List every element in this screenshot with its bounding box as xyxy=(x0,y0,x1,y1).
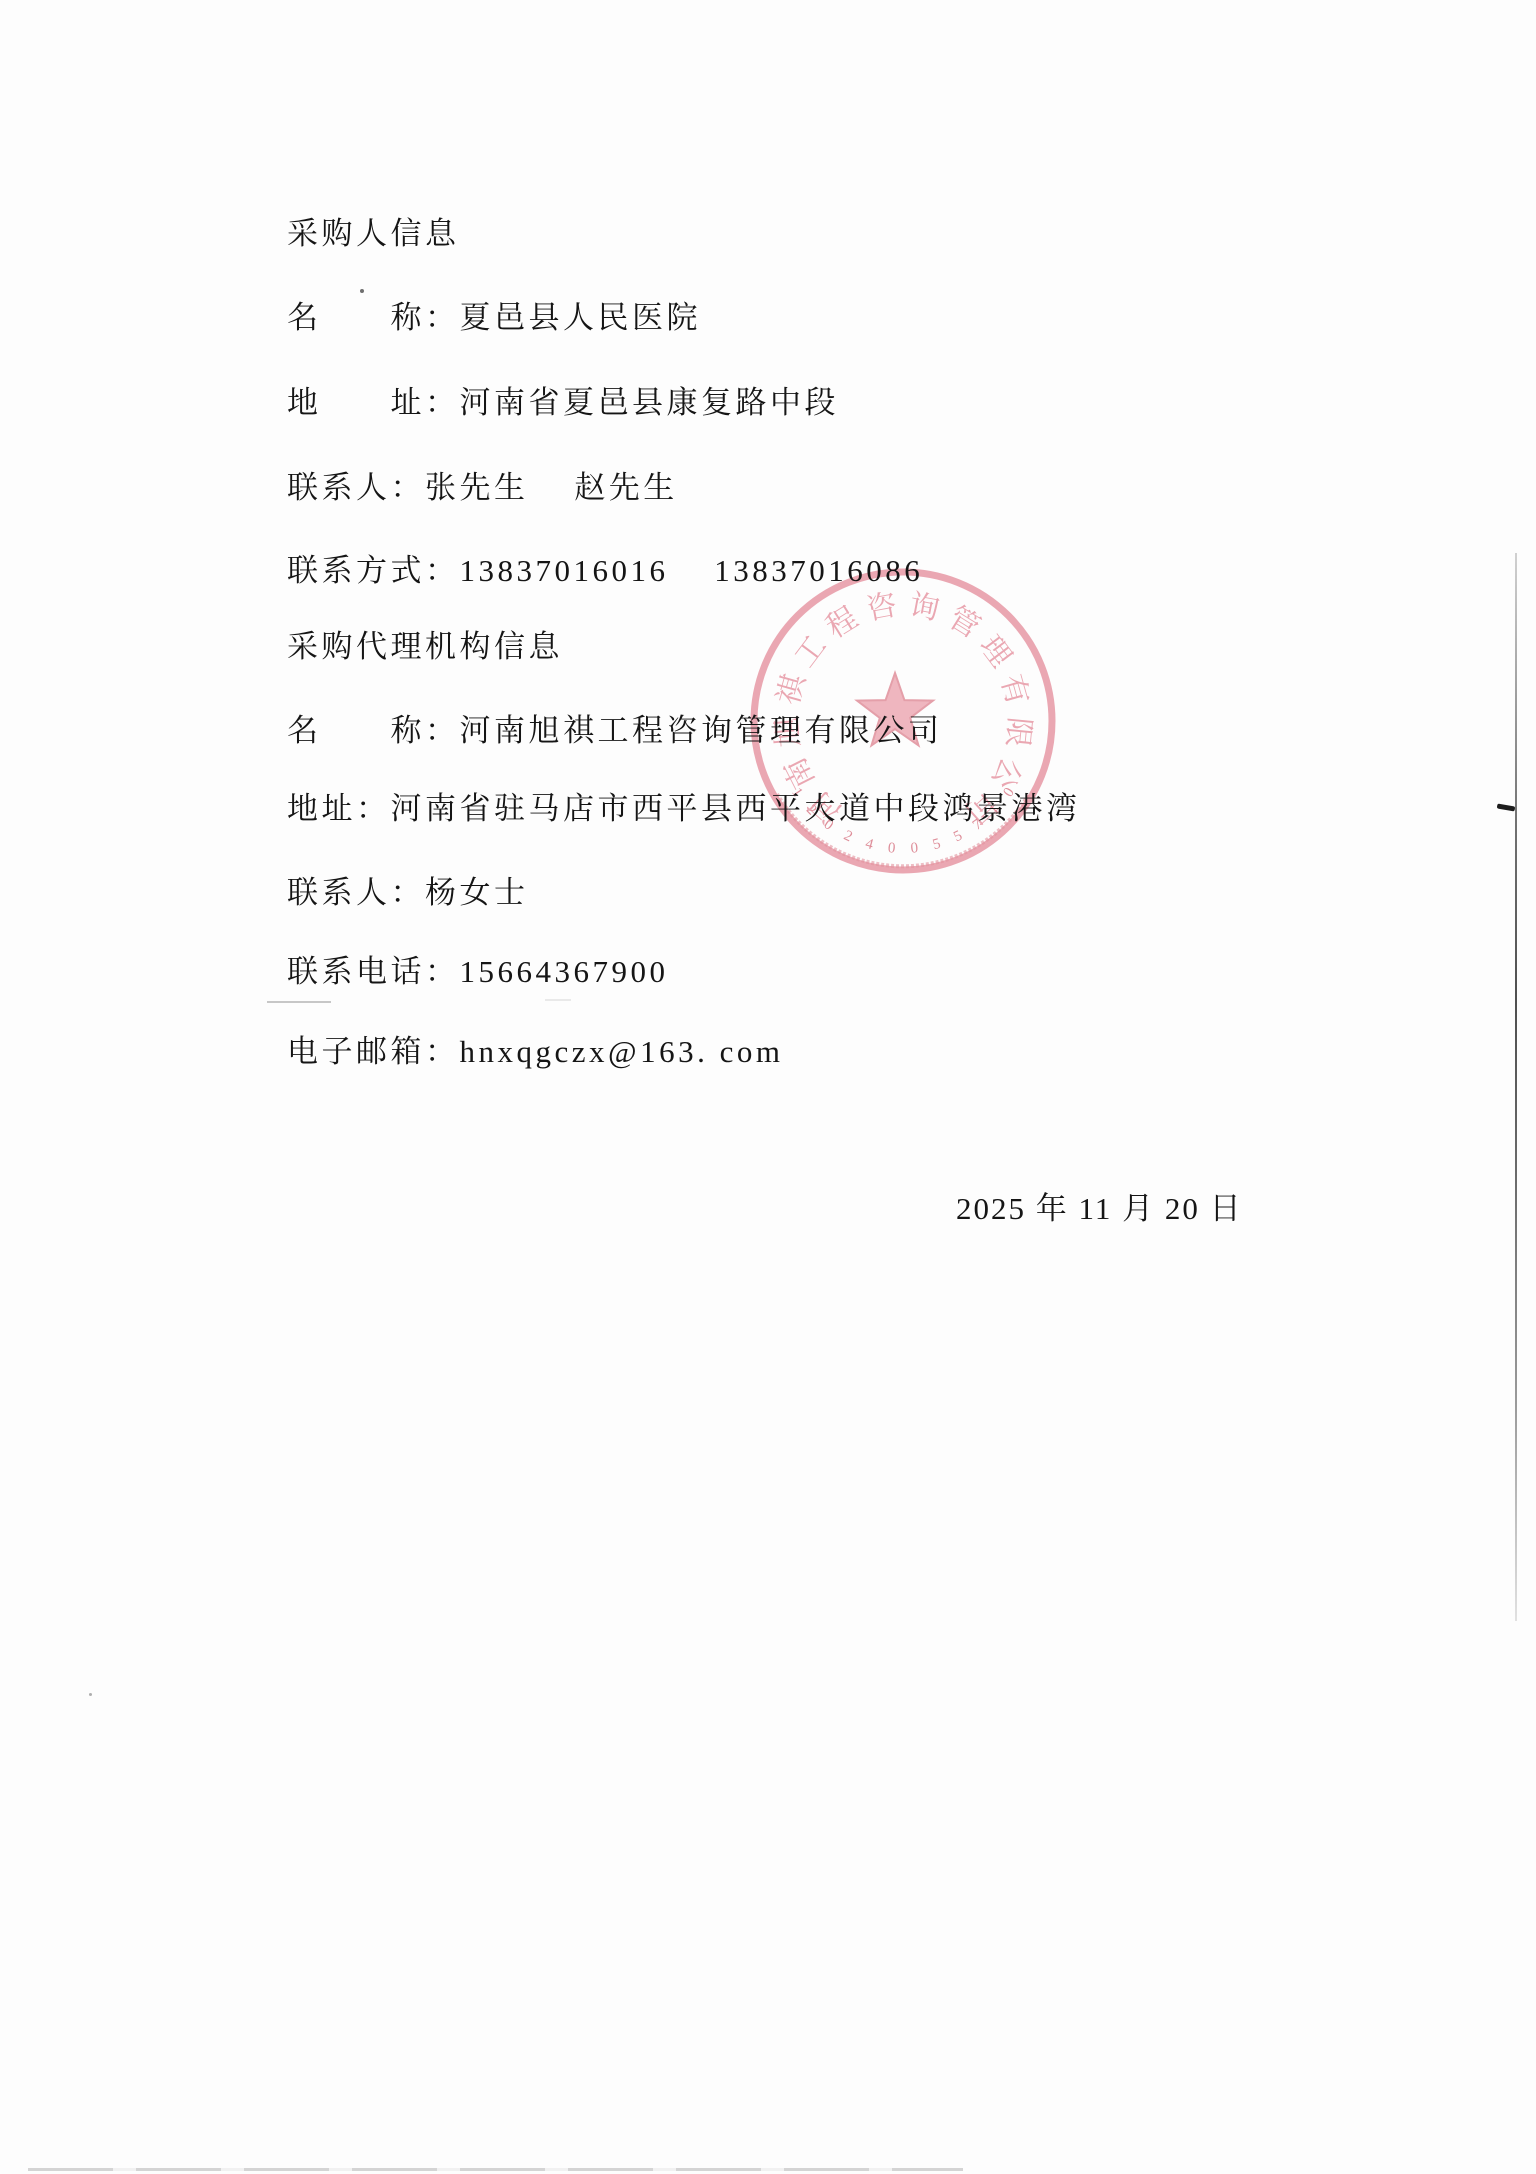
svg-text:2: 2 xyxy=(841,828,855,846)
agency-name-line: 名 称：河南旭祺工程咨询管理有限公司 xyxy=(287,712,943,749)
svg-text:4: 4 xyxy=(864,836,876,854)
agency-heading: 采购代理机构信息 xyxy=(287,628,563,665)
purchaser-contacts-line: 联系人：张先生 赵先生 xyxy=(287,469,678,506)
agency-email-line: 电子邮箱：hnxqgczx@163. com xyxy=(287,1033,783,1070)
agency-contact-line: 联系人：杨女士 xyxy=(287,874,529,911)
svg-text:有: 有 xyxy=(994,671,1034,709)
purchaser-address-line: 地 址：河南省夏邑县康复路中段 xyxy=(287,384,839,421)
agency-phone-line: 联系电话：15664367900 xyxy=(287,953,669,990)
svg-text:限: 限 xyxy=(1000,716,1036,749)
svg-text:0: 0 xyxy=(887,840,896,857)
svg-text:咨: 咨 xyxy=(864,588,900,626)
scan-artifact-tick xyxy=(1497,803,1516,811)
svg-text:工: 工 xyxy=(788,630,832,674)
scan-artifact-underline-2 xyxy=(545,999,571,1001)
purchaser-heading: 采购人信息 xyxy=(287,215,460,252)
svg-text:0: 0 xyxy=(910,840,919,857)
purchaser-name-line: 名 称：夏邑县人民医院 xyxy=(287,299,701,336)
svg-text:询: 询 xyxy=(906,588,942,626)
svg-text:祺: 祺 xyxy=(772,670,812,709)
scan-artifact-bottom-line xyxy=(28,2168,963,2171)
scan-speck xyxy=(360,289,364,293)
svg-text:5: 5 xyxy=(951,828,965,846)
document-page: 采购人信息 名 称：夏邑县人民医院 地 址：河南省夏邑县康复路中段 联系人：张先… xyxy=(0,0,1536,2174)
svg-text:程: 程 xyxy=(821,601,864,645)
svg-text:管: 管 xyxy=(942,601,985,645)
scan-artifact-underline xyxy=(267,1001,331,1003)
scan-speck xyxy=(89,1693,92,1696)
scan-artifact-right-line xyxy=(1515,553,1517,1621)
svg-text:理: 理 xyxy=(973,630,1017,674)
purchaser-phones-line: 联系方式：13837016016 13837016086 xyxy=(287,552,923,589)
date-line: 2025 年 11 月 20 日 xyxy=(956,1190,1243,1227)
agency-address-line: 地址：河南省驻马店市西平县西平大道中段鸿景港湾 xyxy=(287,790,1081,827)
svg-text:5: 5 xyxy=(931,836,942,853)
